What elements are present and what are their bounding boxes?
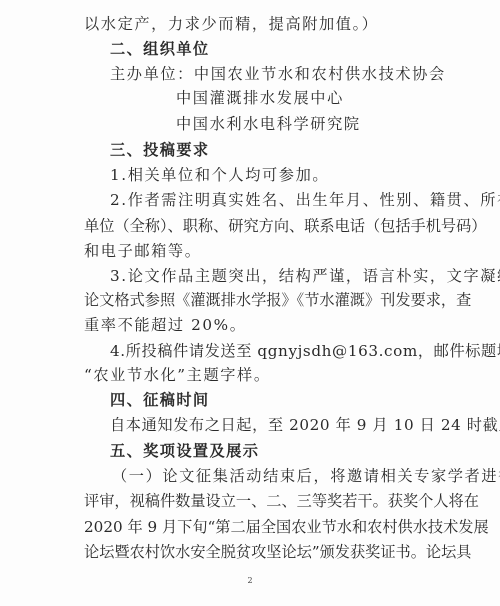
submission-item-cont: 单位（全称）、职称、研究方向、联系电话（包括手机号码） (84, 214, 420, 239)
awards-paragraph-cont: 2020 年 9 月下旬“第二届全国农业节水和农村供水技术发展 (84, 515, 420, 540)
submission-item-email: 4.所投稿件请发送至 qgnyjsdh@163.com，邮件标题填写 (110, 339, 450, 364)
paragraph-continuation: 以水定产，力求少而精，提高附加值。） (84, 12, 424, 37)
organizer-line: 主办单位：中国农业节水和农村供水技术协会 (110, 62, 450, 87)
submission-item-cont: “农业节水化”主题字样。 (84, 363, 424, 388)
page-number: 2 (0, 576, 500, 585)
section-heading-organizers: 二、组织单位 (110, 37, 450, 62)
section-heading-awards: 五、奖项设置及展示 (110, 439, 450, 464)
awards-paragraph-cont: 论坛暨农村饮水安全脱贫攻坚论坛”颁发获奖证书。论坛具 (84, 540, 420, 565)
submission-item: 3.论文作品主题突出，结构严谨，语言朴实，文字凝练； (110, 264, 450, 289)
submission-item-cont: 和电子邮箱等。 (84, 239, 424, 264)
document-page: 以水定产，力求少而精，提高附加值。） 二、组织单位 主办单位：中国农业节水和农村… (0, 0, 500, 606)
section-heading-submission: 三、投稿要求 (110, 138, 450, 163)
submission-item-cont: 论文格式参照《灌溉排水学报》《节水灌溉》刊发要求，查 (84, 288, 420, 313)
section-heading-deadline: 四、征稿时间 (110, 388, 450, 413)
awards-paragraph: （一）论文征集活动结束后，将邀请相关专家学者进行 (112, 464, 452, 489)
organizer-line: 中国水利水电科学研究院 (176, 112, 500, 137)
organizer-line: 中国灌溉排水发展中心 (176, 86, 500, 111)
deadline-text: 自本通知发布之日起，至 2020 年 9 月 10 日 24 时截止。 (110, 413, 450, 438)
awards-paragraph-cont: 评审，视稿件数量设立一、二、三等奖若干。获奖个人将在 (84, 489, 420, 514)
submission-item: 2.作者需注明真实姓名、出生年月、性别、籍贯、所在 (110, 188, 450, 213)
submission-item-cont: 重率不能超过 20%。 (84, 313, 424, 338)
submission-item: 1.相关单位和个人均可参加。 (110, 163, 450, 188)
